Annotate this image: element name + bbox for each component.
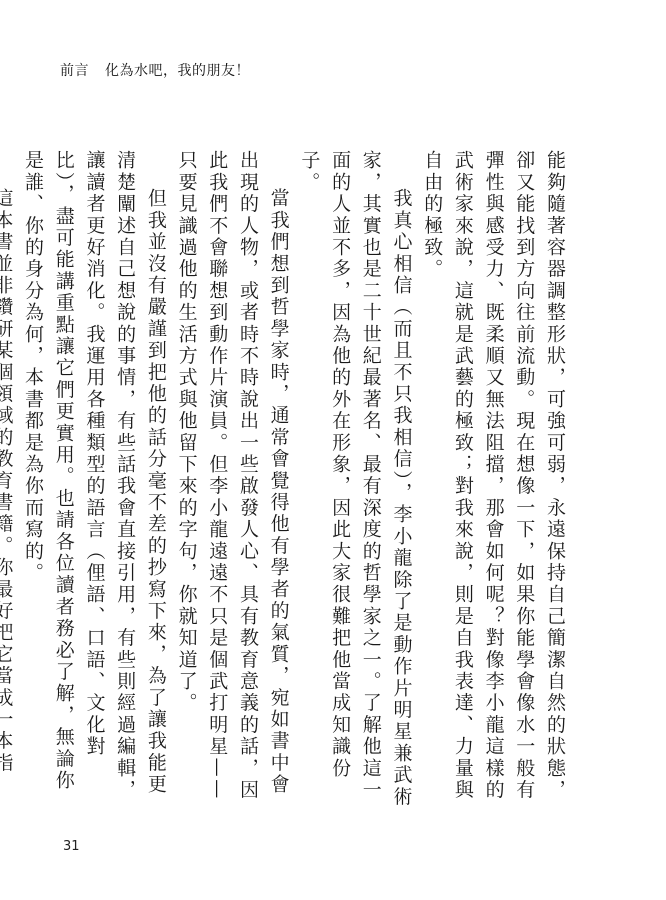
chapter-label: 前言 [60,63,89,79]
chapter-title: 化為水吧，我的朋友！ [105,63,250,79]
running-header: 前言化為水吧，我的朋友！ [60,60,250,80]
body-text: 能夠隨著容器調整形狀，可強可弱，永遠保持自己簡潔自然的狀態，卻又能找到方向往前流… [0,150,570,810]
paragraph: 這本書並非鑽研某個領域的教育書籍。你最好把它當成一本指南，讓你邁向充滿未知與可能… [0,150,17,810]
paragraph: 能夠隨著容器調整形狀，可強可弱，永遠保持自己簡潔自然的狀態，卻又能找到方向往前流… [416,150,570,810]
paragraph: 當我們想到哲學家時，通常會覺得他有學者的氣質，宛如書中會出現的人物，或者時不時說… [171,150,294,810]
page-number: 31 [63,839,80,854]
paragraph: 我真心相信（而且不只我相信），李小龍除了是動作片明星兼武術家，其實也是二十世紀最… [294,150,417,810]
paragraph: 但我並沒有嚴謹到把他的話分毫不差的抄寫下來，為了讓我能更清楚闡述自己想說的事情，… [17,150,171,810]
